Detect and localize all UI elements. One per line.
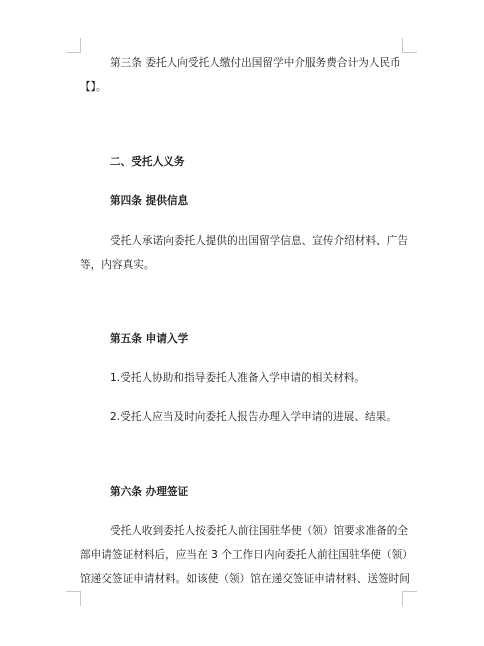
crop-mark-bottom-left-vertical: [80, 591, 81, 606]
crop-mark-top-right-vertical: [402, 38, 403, 53]
crop-mark-bottom-right-horizontal: [402, 591, 417, 592]
article3-text-line1: 第三条 委托人向受托人缴付出国留学中介服务费合计为人民币: [80, 56, 402, 70]
article4-body-line1: 受托人承诺向委托人提供的出国留学信息、宣传介绍材料、广告: [80, 234, 402, 248]
article4-heading: 第四条 提供信息: [80, 194, 402, 208]
article6-heading: 第六条 办理签证: [80, 485, 402, 499]
article6-body-line2: 部申请签证材料后，应当在 3 个工作日内向委托人前往国驻华使（领）: [80, 548, 402, 562]
article5-item2: 2.受托人应当及时向委托人报告办理入学申请的进展、结果。: [80, 410, 402, 424]
crop-mark-top-left-vertical: [80, 38, 81, 53]
crop-mark-top-right-horizontal: [402, 52, 417, 53]
article5-item1: 1.受托人协助和指导委托人准备入学申请的相关材料。: [80, 371, 402, 385]
section2-heading: 二、受托人义务: [80, 155, 402, 169]
crop-mark-bottom-right-vertical: [402, 591, 403, 606]
article5-heading: 第五条 申请入学: [80, 332, 402, 346]
article6-body-line3: 馆递交签证申请材料。如该使（领）馆在递交签证申请材料、送签时间: [80, 572, 402, 586]
document-page: 第三条 委托人向受托人缴付出国留学中介服务费合计为人民币 【】。 二、受托人义务…: [0, 0, 484, 646]
article6-body-line1: 受托人收到委托人按委托人前往国驻华使（领）馆要求准备的全: [80, 524, 402, 538]
crop-mark-top-left-horizontal: [66, 52, 81, 53]
crop-mark-bottom-left-horizontal: [66, 591, 81, 592]
article3-text-line2: 【】。: [80, 80, 402, 94]
article4-body-line2: 等，内容真实。: [80, 258, 402, 272]
